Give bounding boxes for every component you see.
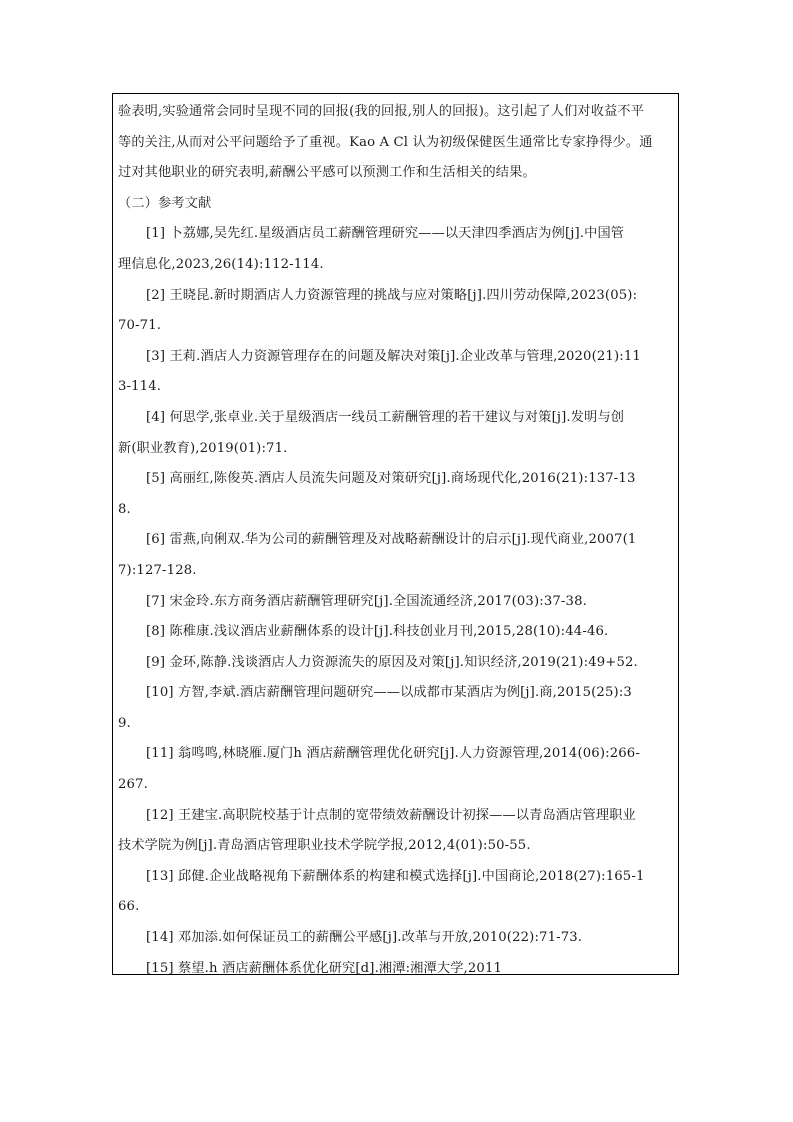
reference-line: [12] 王建宝.高职院校基于计点制的宽带绩效薪酬设计初探——以青岛酒店管理职业 bbox=[118, 801, 676, 832]
reference-line: [8] 陈稚康.浅议酒店业薪酬体系的设计[j].科技创业月刊,2015,28(1… bbox=[118, 617, 676, 648]
reference-line: 66. bbox=[118, 892, 676, 923]
reference-item: [10] 方智,李斌.酒店薪酬管理问题研究——以成都市某酒店为例[j].商,20… bbox=[118, 678, 676, 739]
section-heading: （二）参考文献 bbox=[118, 189, 676, 220]
reference-line: 7):127-128. bbox=[118, 556, 676, 587]
reference-item: [13] 邱健.企业战略视角下薪酬体系的构建和模式选择[j].中国商论,2018… bbox=[118, 862, 676, 923]
body-text-line: 验表明,实验通常会同时呈现不同的回报(我的回报,别人的回报)。这引起了人们对收益… bbox=[118, 97, 676, 128]
document-table-cell: 验表明,实验通常会同时呈现不同的回报(我的回报,别人的回报)。这引起了人们对收益… bbox=[112, 93, 679, 975]
reference-item: [12] 王建宝.高职院校基于计点制的宽带绩效薪酬设计初探——以青岛酒店管理职业… bbox=[118, 801, 676, 862]
reference-line: 技术学院为例[j].青岛酒店管理职业技术学院学报,2012,4(01):50-5… bbox=[118, 831, 676, 862]
reference-line: [9] 金环,陈静.浅谈酒店人力资源流失的原因及对策[j].知识经济,2019(… bbox=[118, 648, 676, 679]
reference-line: [11] 翁鸣鸣,林晓雁.厦门h 酒店薪酬管理优化研究[j].人力资源管理,20… bbox=[118, 739, 676, 770]
reference-item: [1] 卜荔娜,吴先红.星级酒店员工薪酬管理研究——以天津四季酒店为例[j].中… bbox=[118, 219, 676, 280]
reference-item: [9] 金环,陈静.浅谈酒店人力资源流失的原因及对策[j].知识经济,2019(… bbox=[118, 648, 676, 679]
reference-item: [3] 王莉.酒店人力资源管理存在的问题及解决对策[j].企业改革与管理,202… bbox=[118, 342, 676, 403]
reference-line: 70-71. bbox=[118, 311, 676, 342]
reference-line: [14] 邓加添.如何保证员工的薪酬公平感[j].改革与开放,2010(22):… bbox=[118, 923, 676, 954]
reference-line: 9. bbox=[118, 709, 676, 740]
body-text-line: 过对其他职业的研究表明,薪酬公平感可以预测工作和生活相关的结果。 bbox=[118, 158, 676, 189]
reference-item: [5] 高丽红,陈俊英.酒店人员流失问题及对策研究[j].商场现代化,2016(… bbox=[118, 464, 676, 525]
body-text-line: 等的关注,从而对公平问题给予了重视。Kao A Cl 认为初级保健医生通常比专家… bbox=[118, 128, 676, 159]
reference-line: 8. bbox=[118, 495, 676, 526]
reference-line: 理信息化,2023,26(14):112-114. bbox=[118, 250, 676, 281]
reference-line: [5] 高丽红,陈俊英.酒店人员流失问题及对策研究[j].商场现代化,2016(… bbox=[118, 464, 676, 495]
reference-line: [3] 王莉.酒店人力资源管理存在的问题及解决对策[j].企业改革与管理,202… bbox=[118, 342, 676, 373]
reference-line: [15] 蔡望.h 酒店薪酬体系优化研究[d].湘潭:湘潭大学,2011 bbox=[118, 954, 676, 985]
reference-item: [4] 何思学,张卓业.关于星级酒店一线员工薪酬管理的若干建议与对策[j].发明… bbox=[118, 403, 676, 464]
reference-item: [8] 陈稚康.浅议酒店业薪酬体系的设计[j].科技创业月刊,2015,28(1… bbox=[118, 617, 676, 648]
reference-item: [14] 邓加添.如何保证员工的薪酬公平感[j].改革与开放,2010(22):… bbox=[118, 923, 676, 954]
reference-item: [15] 蔡望.h 酒店薪酬体系优化研究[d].湘潭:湘潭大学,2011 bbox=[118, 954, 676, 985]
reference-line: 267. bbox=[118, 770, 676, 801]
reference-item: [11] 翁鸣鸣,林晓雁.厦门h 酒店薪酬管理优化研究[j].人力资源管理,20… bbox=[118, 739, 676, 800]
document-content: 验表明,实验通常会同时呈现不同的回报(我的回报,别人的回报)。这引起了人们对收益… bbox=[118, 97, 676, 984]
reference-item: [6] 雷燕,向俐双.华为公司的薪酬管理及对战略薪酬设计的启示[j].现代商业,… bbox=[118, 525, 676, 586]
reference-line: [6] 雷燕,向俐双.华为公司的薪酬管理及对战略薪酬设计的启示[j].现代商业,… bbox=[118, 525, 676, 556]
reference-line: 新(职业教育),2019(01):71. bbox=[118, 434, 676, 465]
reference-line: [10] 方智,李斌.酒店薪酬管理问题研究——以成都市某酒店为例[j].商,20… bbox=[118, 678, 676, 709]
reference-line: 3-114. bbox=[118, 372, 676, 403]
reference-item: [2] 王晓昆.新时期酒店人力资源管理的挑战与应对策略[j].四川劳动保障,20… bbox=[118, 281, 676, 342]
reference-line: [7] 宋金玲.东方商务酒店薪酬管理研究[j].全国流通经济,2017(03):… bbox=[118, 587, 676, 618]
reference-line: [13] 邱健.企业战略视角下薪酬体系的构建和模式选择[j].中国商论,2018… bbox=[118, 862, 676, 893]
reference-line: [2] 王晓昆.新时期酒店人力资源管理的挑战与应对策略[j].四川劳动保障,20… bbox=[118, 281, 676, 312]
reference-line: [4] 何思学,张卓业.关于星级酒店一线员工薪酬管理的若干建议与对策[j].发明… bbox=[118, 403, 676, 434]
reference-line: [1] 卜荔娜,吴先红.星级酒店员工薪酬管理研究——以天津四季酒店为例[j].中… bbox=[118, 219, 676, 250]
reference-item: [7] 宋金玲.东方商务酒店薪酬管理研究[j].全国流通经济,2017(03):… bbox=[118, 587, 676, 618]
